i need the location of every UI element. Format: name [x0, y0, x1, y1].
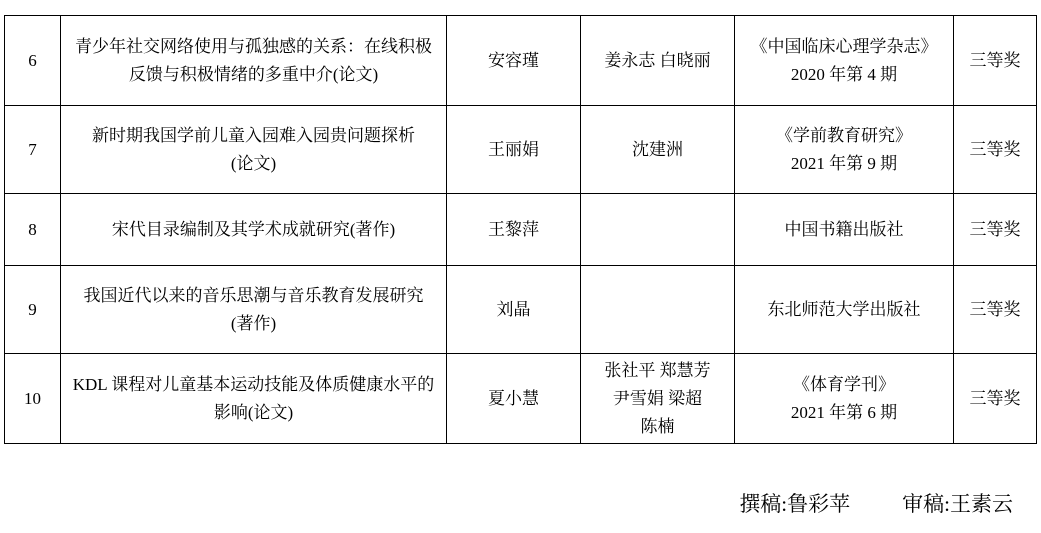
row-number-cell: 9 [5, 266, 61, 354]
table-row: 10 KDL 课程对儿童基本运动技能及体质健康水平的 影响(论文) 夏小慧 张社… [5, 354, 1037, 444]
publication-cell: 《体育学刊》 2021 年第 6 期 [735, 354, 954, 444]
publication-cell: 东北师范大学出版社 [735, 266, 954, 354]
reviewer-credit: 审稿:王素云 [902, 492, 1013, 516]
first-author-cell: 王黎萍 [447, 194, 581, 266]
first-author-cell: 王丽娟 [447, 106, 581, 194]
title-cell: 新时期我国学前儿童入园难入园贵问题探析 (论文) [61, 106, 447, 194]
co-authors-cell [581, 194, 735, 266]
publication-cell: 《学前教育研究》 2021 年第 9 期 [735, 106, 954, 194]
co-authors-cell: 沈建洲 [581, 106, 735, 194]
table-row: 7 新时期我国学前儿童入园难入园贵问题探析 (论文) 王丽娟 沈建洲 《学前教育… [5, 106, 1037, 194]
award-cell: 三等奖 [954, 266, 1037, 354]
co-authors-cell: 张社平 郑慧芳 尹雪娟 梁超 陈楠 [581, 354, 735, 444]
first-author-cell: 刘晶 [447, 266, 581, 354]
title-cell: 我国近代以来的音乐思潮与音乐教育发展研究 (著作) [61, 266, 447, 354]
table-row: 6 青少年社交网络使用与孤独感的关系：在线积极 反馈与积极情绪的多重中介(论文)… [5, 16, 1037, 106]
first-author-cell: 安容瑾 [447, 16, 581, 106]
first-author-cell: 夏小慧 [447, 354, 581, 444]
co-authors-cell [581, 266, 735, 354]
award-cell: 三等奖 [954, 194, 1037, 266]
row-number-cell: 10 [5, 354, 61, 444]
table-row: 8 宋代目录编制及其学术成就研究(著作) 王黎萍 中国书籍出版社 三等奖 [5, 194, 1037, 266]
row-number-cell: 6 [5, 16, 61, 106]
credits-line: 撰稿:鲁彩苹审稿:王素云 [739, 490, 1013, 518]
award-cell: 三等奖 [954, 16, 1037, 106]
co-authors-cell: 姜永志 白晓丽 [581, 16, 735, 106]
drafter-credit: 撰稿:鲁彩苹 [739, 492, 850, 516]
table-row: 9 我国近代以来的音乐思潮与音乐教育发展研究 (著作) 刘晶 东北师范大学出版社… [5, 266, 1037, 354]
publication-cell: 中国书籍出版社 [735, 194, 954, 266]
row-number-cell: 7 [5, 106, 61, 194]
title-cell: 宋代目录编制及其学术成就研究(著作) [61, 194, 447, 266]
title-cell: KDL 课程对儿童基本运动技能及体质健康水平的 影响(论文) [61, 354, 447, 444]
title-cell: 青少年社交网络使用与孤独感的关系：在线积极 反馈与积极情绪的多重中介(论文) [61, 16, 447, 106]
award-cell: 三等奖 [954, 106, 1037, 194]
award-cell: 三等奖 [954, 354, 1037, 444]
row-number-cell: 8 [5, 194, 61, 266]
document-page: 6 青少年社交网络使用与孤独感的关系：在线积极 反馈与积极情绪的多重中介(论文)… [0, 0, 1041, 533]
publication-cell: 《中国临床心理学杂志》 2020 年第 4 期 [735, 16, 954, 106]
awards-table: 6 青少年社交网络使用与孤独感的关系：在线积极 反馈与积极情绪的多重中介(论文)… [4, 15, 1037, 444]
